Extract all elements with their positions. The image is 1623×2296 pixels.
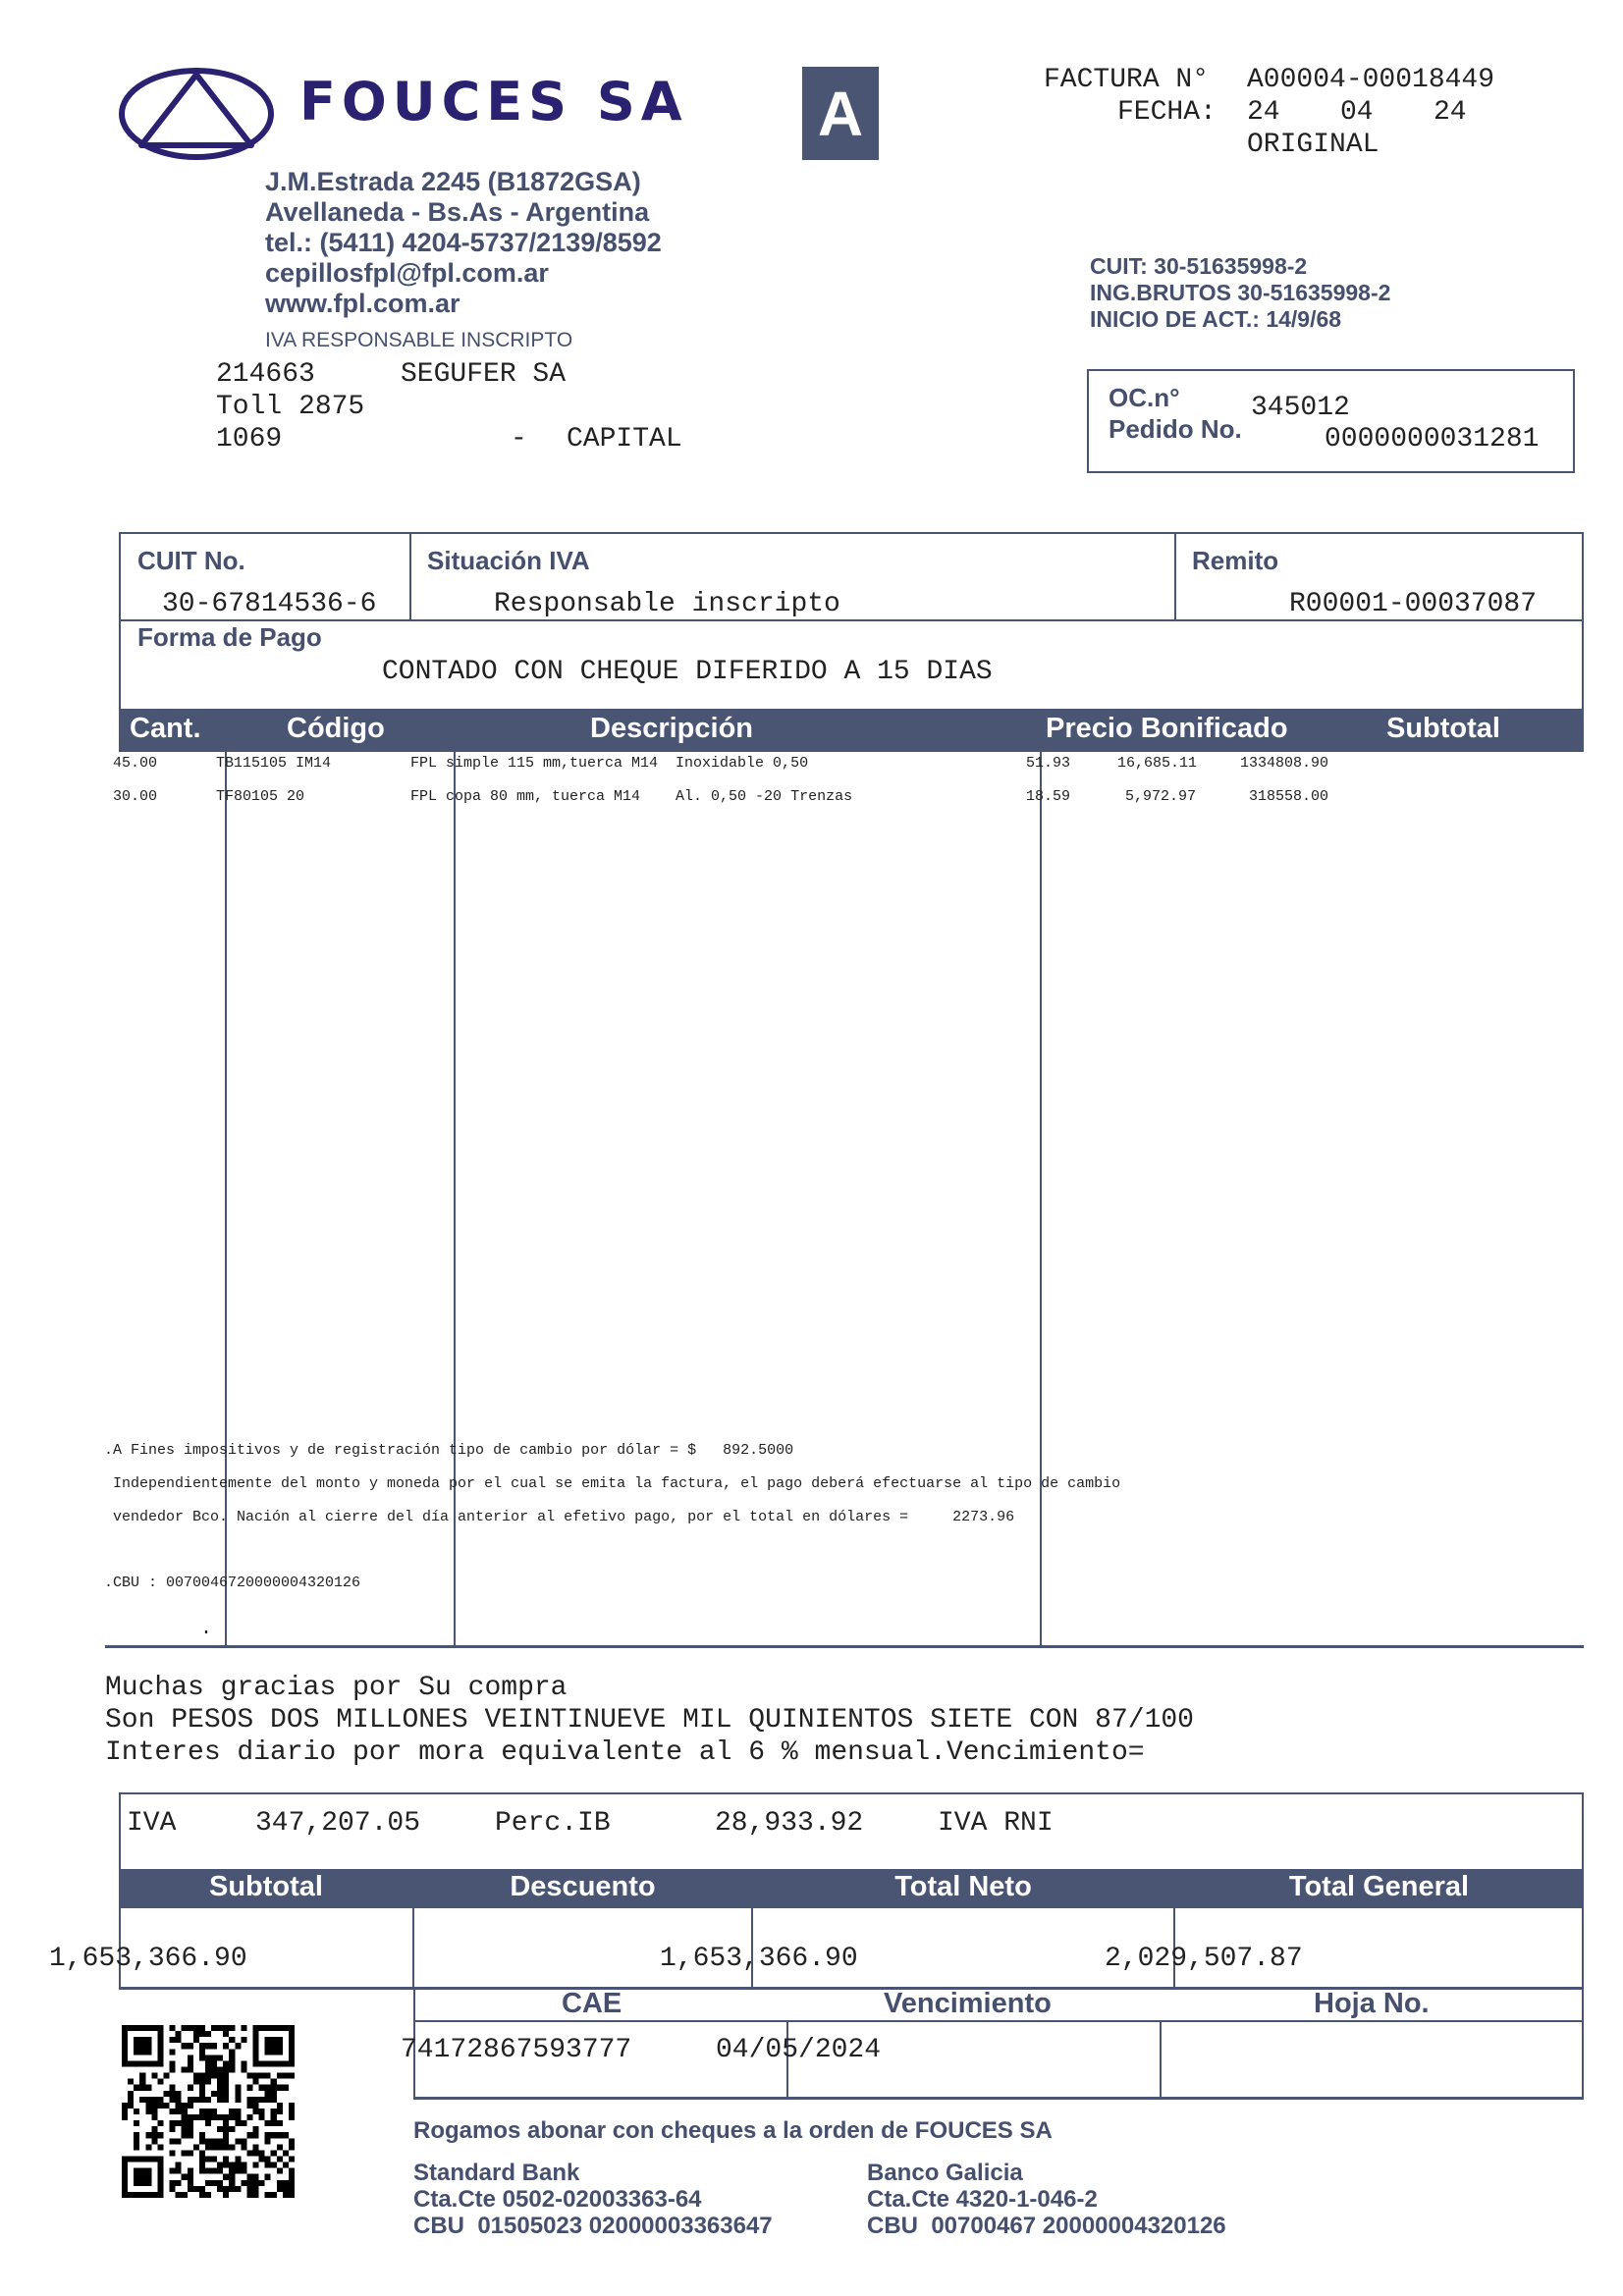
bank-account: Cta.Cte 0502-02003363-64 bbox=[413, 2186, 702, 2214]
dot-mark: . bbox=[200, 1618, 212, 1640]
client-city: CAPITAL bbox=[567, 424, 682, 454]
cae-label: CAE bbox=[562, 1988, 622, 2020]
col-subtotal: Subtotal bbox=[1386, 713, 1500, 745]
company-address-line: Avellaneda - Bs.As - Argentina bbox=[265, 197, 649, 228]
cae-vencimiento-label: Vencimiento bbox=[884, 1988, 1052, 2020]
amount-in-words: Son PESOS DOS MILLONES VEINTINUEVE MIL Q… bbox=[105, 1705, 1194, 1735]
invoice-number-label: FACTURA N° bbox=[1044, 65, 1209, 95]
iva-tax-label: IVA bbox=[127, 1808, 176, 1839]
company-inicio-act: INICIO DE ACT.: 14/9/68 bbox=[1090, 306, 1341, 333]
item-description: FPL simple 115 mm,tuerca M14 Inoxidable … bbox=[410, 755, 808, 772]
invoice-date-month: 04 bbox=[1340, 97, 1374, 128]
totals-col-total-general: Total General bbox=[1174, 1871, 1584, 1903]
client-separator: - bbox=[511, 424, 527, 454]
iva-tax-value: 347,207.05 bbox=[255, 1808, 420, 1839]
client-postal-code: 1069 bbox=[216, 424, 282, 454]
items-table-header: Cant. Código Descripción Precio Bonifica… bbox=[119, 709, 1584, 752]
item-unit-value: 51.93 bbox=[1026, 755, 1070, 772]
invoice-type-badge: A bbox=[802, 67, 879, 160]
totals-col-descuento: Descuento bbox=[413, 1871, 752, 1903]
company-email: cepillosfpl@fpl.com.ar bbox=[265, 258, 549, 289]
perc-ib-value: 28,933.92 bbox=[715, 1808, 863, 1839]
tax-box: IVA 347,207.05 Perc.IB 28,933.92 IVA RNI bbox=[119, 1792, 1584, 1871]
col-cant: Cant. bbox=[130, 713, 201, 745]
bank-name: Banco Galicia bbox=[867, 2160, 1023, 2187]
pago-value: CONTADO CON CHEQUE DIFERIDO A 15 DIAS bbox=[382, 657, 993, 687]
interest-note: Interes diario por mora equivalente al 6… bbox=[105, 1737, 1145, 1768]
bank-account: Cta.Cte 4320-1-046-2 bbox=[867, 2186, 1098, 2214]
client-street: Toll 2875 bbox=[216, 392, 364, 422]
item-price: 16,685.11 bbox=[1117, 755, 1197, 772]
invoice-date-day: 24 bbox=[1247, 97, 1280, 128]
cuit-value: 30-67814536-6 bbox=[162, 589, 376, 619]
totals-col-subtotal: Subtotal bbox=[119, 1871, 413, 1903]
col-codigo: Código bbox=[287, 713, 385, 745]
payment-instruction: Rogamos abonar con cheques a la orden de… bbox=[413, 2117, 1053, 2145]
remito-label: Remito bbox=[1192, 546, 1278, 576]
pedido-value: 0000000031281 bbox=[1325, 424, 1539, 454]
company-logo-icon bbox=[118, 67, 275, 161]
invoice-copy: ORIGINAL bbox=[1247, 130, 1379, 160]
pago-label: Forma de Pago bbox=[137, 622, 322, 653]
iva-label: Situación IVA bbox=[427, 546, 590, 576]
cae-value: 74172867593777 bbox=[401, 2035, 631, 2065]
item-code: TF80105 20 bbox=[216, 788, 304, 805]
totals-header: Subtotal Descuento Total Neto Total Gene… bbox=[119, 1869, 1584, 1908]
item-subtotal: 318558.00 bbox=[1249, 788, 1328, 805]
order-box: OC.n° 345012 Pedido No. 0000000031281 bbox=[1087, 369, 1575, 473]
company-address-line: J.M.Estrada 2245 (B1872GSA) bbox=[265, 167, 641, 197]
thanks-text: Muchas gracias por Su compra bbox=[105, 1673, 567, 1703]
customer-info-table: CUIT No. 30-67814536-6 Situación IVA Res… bbox=[119, 532, 1584, 711]
item-description: FPL copa 80 mm, tuerca M14 Al. 0,50 -20 … bbox=[410, 788, 852, 805]
remito-value: R00001-00037087 bbox=[1289, 589, 1537, 619]
hoja-label: Hoja No. bbox=[1314, 1988, 1430, 2020]
oc-value: 345012 bbox=[1251, 393, 1350, 423]
qr-code-icon bbox=[122, 2025, 295, 2198]
payment-note-line: Independientemente del monto y moneda po… bbox=[104, 1475, 1120, 1492]
payment-note-line: vendedor Bco. Nación al cierre del día a… bbox=[104, 1509, 1014, 1525]
total-general-value: 2,029,507.87 bbox=[1105, 1944, 1303, 1974]
iva-rni-label: IVA RNI bbox=[938, 1808, 1054, 1839]
exchange-rate-note: .A Fines impositivos y de registración t… bbox=[104, 1442, 793, 1459]
invoice-date-label: FECHA: bbox=[1117, 97, 1217, 128]
cuit-label: CUIT No. bbox=[137, 546, 245, 576]
perc-ib-label: Perc.IB bbox=[495, 1808, 611, 1839]
iva-value: Responsable inscripto bbox=[494, 589, 840, 619]
item-code: TB115105 IM14 bbox=[216, 755, 331, 772]
invoice-date-year: 24 bbox=[1434, 97, 1467, 128]
item-unit-value: 18.59 bbox=[1026, 788, 1070, 805]
item-qty: 45.00 bbox=[113, 755, 157, 772]
column-divider bbox=[1040, 752, 1042, 1645]
bank-cbu: CBU 00700467 20000004320126 bbox=[867, 2213, 1226, 2240]
subtotal-value: 1,653,366.90 bbox=[49, 1944, 247, 1974]
iva-condition: IVA RESPONSABLE INSCRIPTO bbox=[265, 329, 572, 352]
pedido-label: Pedido No. bbox=[1109, 414, 1242, 445]
item-subtotal: 1334808.90 bbox=[1240, 755, 1328, 772]
client-name: SEGUFER SA bbox=[401, 359, 566, 390]
col-descripcion: Descripción bbox=[590, 713, 753, 745]
company-website: www.fpl.com.ar bbox=[265, 289, 460, 319]
totals-col-total-neto: Total Neto bbox=[752, 1871, 1174, 1903]
company-name: FOUCES SA bbox=[299, 71, 688, 133]
oc-label: OC.n° bbox=[1109, 383, 1180, 413]
invoice-number: A00004-00018449 bbox=[1247, 65, 1494, 95]
company-cuit: CUIT: 30-51635998-2 bbox=[1090, 253, 1307, 280]
cbu-note: .CBU : 0070046720000004320126 bbox=[104, 1575, 360, 1591]
total-neto-value: 1,653,366.90 bbox=[660, 1944, 858, 1974]
bank-cbu: CBU 01505023 02000003363647 bbox=[413, 2213, 773, 2240]
item-price: 5,972.97 bbox=[1125, 788, 1196, 805]
cae-vencimiento-value: 04/05/2024 bbox=[716, 2035, 881, 2065]
item-qty: 30.00 bbox=[113, 788, 157, 805]
items-bottom-divider bbox=[105, 1645, 1584, 1648]
bank-name: Standard Bank bbox=[413, 2160, 579, 2187]
company-phone: tel.: (5411) 4204-5737/2139/8592 bbox=[265, 228, 662, 258]
company-ing-brutos: ING.BRUTOS 30-51635998-2 bbox=[1090, 280, 1390, 306]
col-precio: Precio Bonificado bbox=[1046, 713, 1288, 745]
client-code: 214663 bbox=[216, 359, 315, 390]
